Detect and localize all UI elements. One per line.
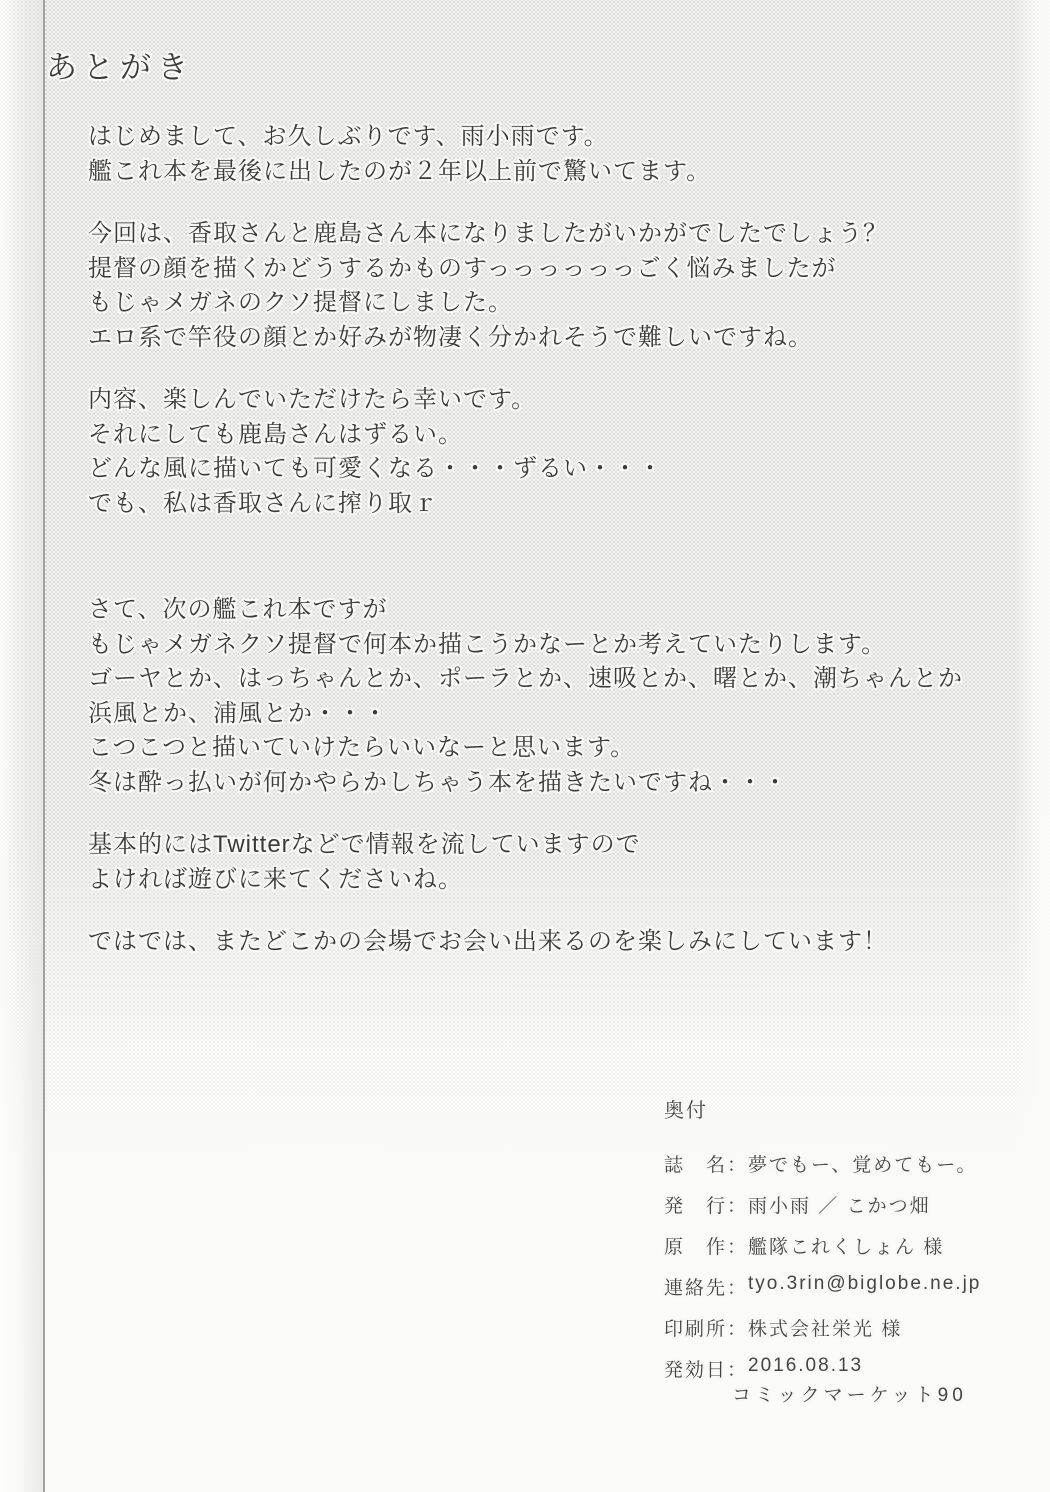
afterword-paragraph: 今回は、香取さんと鹿島さん本になりましたがいかがでしたでしょう？ 提督の顔を描く… — [88, 217, 963, 355]
colophon-row-title: 誌 名： 夢でもー、覚めてもー。 — [664, 1150, 981, 1172]
afterword-text-line: もじゃメガネのクソ提督にしました。 — [88, 286, 963, 321]
afterword-text-line: はじめまして、お久しぶりです、雨小雨です。 — [88, 120, 963, 155]
afterword-text-line: 今回は、香取さんと鹿島さん本になりましたがいかがでしたでしょう？ — [88, 217, 963, 252]
afterword-paragraph: 内容、楽しんでいただけたら幸いです。 それにしても鹿島さんはずるい。 どんな風に… — [88, 383, 963, 521]
colophon-label: 発効日： — [664, 1355, 748, 1377]
afterword-text-line: 内容、楽しんでいただけたら幸いです。 — [88, 383, 963, 418]
afterword-text-line: ではでは、またどこかの会場でお会い出来るのを楽しみにしています！ — [88, 925, 963, 960]
afterword-body: はじめまして、お久しぶりです、雨小雨です。 艦これ本を最後に出したのが２年以上前… — [88, 120, 963, 988]
afterword-page: あとがき はじめまして、お久しぶりです、雨小雨です。 艦これ本を最後に出したのが… — [0, 0, 1050, 1492]
afterword-text-line: どんな風に描いても可愛くなる・・・ずるい・・・ — [88, 452, 963, 487]
colophon-label: 連絡先： — [664, 1273, 748, 1295]
colophon-row-publisher: 発 行： 雨小雨 ／ こかつ畑 — [664, 1191, 981, 1213]
colophon-label: 誌 名： — [664, 1150, 748, 1172]
afterword-text-line: 浜風とか、浦風とか・・・ — [88, 697, 963, 732]
page-binding-line — [43, 0, 45, 1492]
colophon-row-issue-date: 発効日： 2016.08.13 — [664, 1355, 981, 1377]
afterword-text-line: 基本的にはTwitterなどで情報を流していますので — [88, 828, 963, 863]
colophon-contact-email: tyo.3rin@biglobe.ne.jp — [748, 1273, 981, 1295]
afterword-text-line: エロ系で竿役の顔とか好みが物凄く分かれそうで難しいですね。 — [88, 321, 963, 356]
afterword-text-line: でも、私は香取さんに搾り取ｒ — [88, 487, 963, 522]
colophon-label: 発 行： — [664, 1191, 748, 1213]
afterword-title: あとがき — [46, 42, 194, 87]
afterword-text-line: 冬は酔っ払いが何かやらかしちゃう本を描きたいですね・・・ — [88, 766, 963, 801]
colophon-row-contact: 連絡先： tyo.3rin@biglobe.ne.jp — [664, 1273, 981, 1295]
colophon-label: 原 作： — [664, 1232, 748, 1254]
colophon-row-original-work: 原 作： 艦隊これくしょん 様 — [664, 1232, 981, 1254]
colophon-value: 雨小雨 ／ こかつ畑 — [748, 1191, 931, 1213]
afterword-text-line: ゴーヤとか、はっちゃんとか、ポーラとか、速吸とか、曙とか、潮ちゃんとか — [88, 662, 963, 697]
page-gutter-strip — [0, 0, 43, 1492]
afterword-text-line: よければ遊びに来てくださいね。 — [88, 863, 963, 898]
colophon-heading: 奥付 — [664, 1094, 981, 1123]
colophon-value: 株式会社栄光 様 — [748, 1314, 902, 1336]
colophon: 奥付 誌 名： 夢でもー、覚めてもー。 発 行： 雨小雨 ／ こかつ畑 原 作：… — [664, 1094, 981, 1407]
colophon-value: 2016.08.13 — [748, 1355, 863, 1377]
afterword-paragraph: さて、次の艦これ本ですが もじゃメガネクソ提督で何本か描こうかなーとか考えていた… — [88, 593, 963, 800]
afterword-text-line: 提督の顔を描くかどうするかものすっっっっっっごく悩みましたが — [88, 252, 963, 287]
afterword-paragraph: 基本的にはTwitterなどで情報を流していますので よければ遊びに来てください… — [88, 828, 963, 897]
afterword-paragraph: はじめまして、お久しぶりです、雨小雨です。 艦これ本を最後に出したのが２年以上前… — [88, 120, 963, 189]
colophon-label: 印刷所： — [664, 1314, 748, 1336]
afterword-text-line: さて、次の艦これ本ですが — [88, 593, 963, 628]
afterword-text-line: もじゃメガネクソ提督で何本か描こうかなーとか考えていたりします。 — [88, 628, 963, 663]
colophon-value: 夢でもー、覚めてもー。 — [748, 1150, 977, 1172]
afterword-text-line: それにしても鹿島さんはずるい。 — [88, 418, 963, 453]
colophon-event-line: コミックマーケット90 — [732, 1380, 981, 1407]
afterword-text-line: こつこつと描いていけたらいいなーと思います。 — [88, 731, 963, 766]
afterword-text-line: 艦これ本を最後に出したのが２年以上前で驚いてます。 — [88, 155, 963, 190]
colophon-row-printer: 印刷所： 株式会社栄光 様 — [664, 1314, 981, 1336]
colophon-value: 艦隊これくしょん 様 — [748, 1232, 944, 1254]
afterword-paragraph: ではでは、またどこかの会場でお会い出来るのを楽しみにしています！ — [88, 925, 963, 960]
